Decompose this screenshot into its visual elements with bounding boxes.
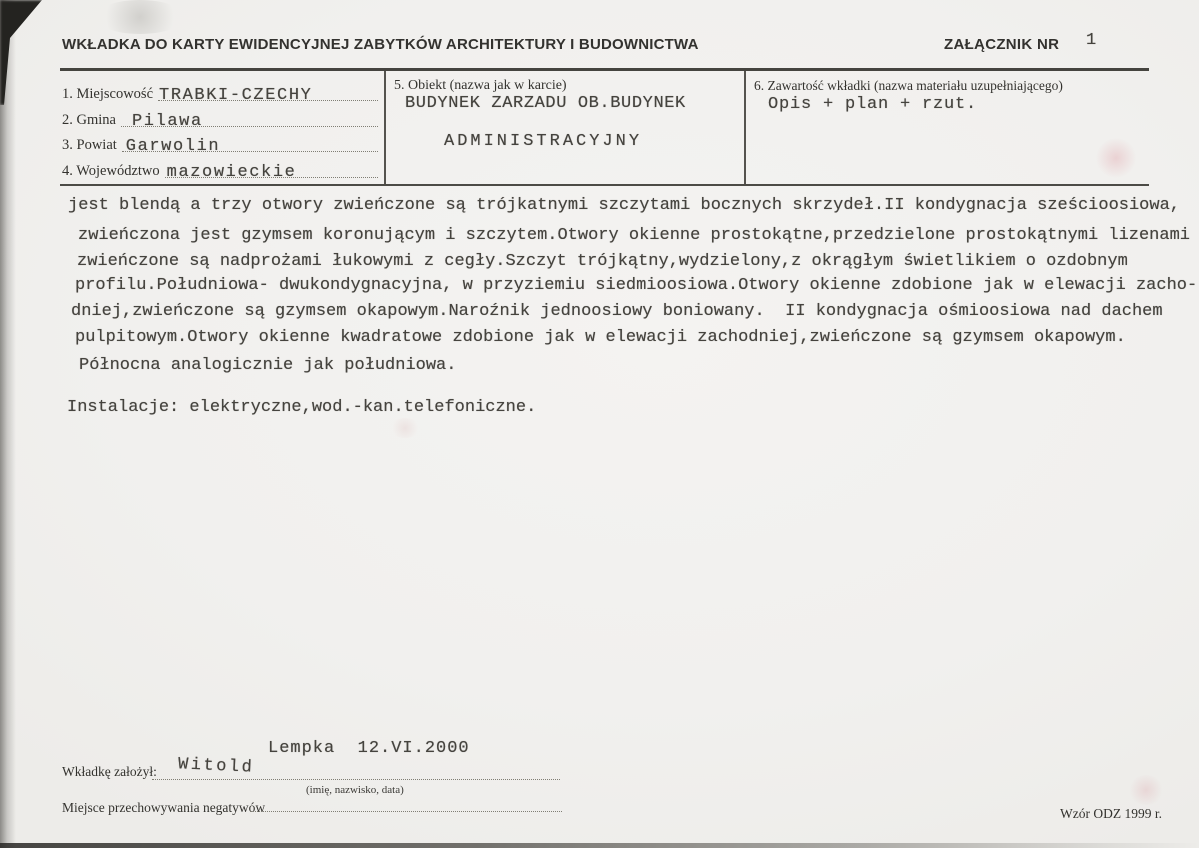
description-line: profilu.Południowa- dwukondygnacyjna, w … — [75, 276, 1197, 295]
founder-hint: (imię, nazwisko, data) — [306, 784, 404, 796]
field-label-wojewodztwo: 4. Województwo — [62, 163, 163, 180]
field-label-miejscowosc: 1. Miejscowość — [62, 86, 156, 103]
scan-edge-shadow-bottom — [0, 843, 1199, 848]
founder-label: Wkładkę założył: — [62, 764, 157, 780]
field-row-powiat: 3. Powiat Garwolin — [62, 131, 380, 154]
negatives-label: Miejsce przechowywania negatywów — [62, 800, 265, 816]
dotted-line: Pilawa — [119, 106, 380, 129]
attachment-label: ZAŁĄCZNIK NR — [944, 36, 1059, 53]
dotted-line: Garwolin — [120, 131, 380, 154]
founder-surname-date: Lempka 12.VI.2000 — [268, 739, 470, 758]
field-value-powiat: Garwolin — [126, 137, 220, 156]
table-bottom-rule — [60, 184, 1149, 186]
contents-value: Opis + plan + rzut. — [768, 95, 977, 114]
object-value-line1: BUDYNEK ZARZADU OB.BUDYNEK — [405, 94, 686, 113]
description-line: jest blendą a trzy otwory zwieńczone są … — [68, 196, 1180, 215]
field-label-gmina: 2. Gmina — [62, 112, 119, 129]
scan-smudge-faint-center — [390, 418, 420, 438]
attachment-number: 1 — [1086, 31, 1096, 50]
location-fields-cell: 1. Miejscowość TRABKI-CZECHY 2. Gmina Pi… — [62, 80, 380, 180]
scan-edge-shadow-left — [0, 0, 16, 848]
contents-cell: 6. Zawartość wkładki (nazwa materiału uz… — [746, 71, 1148, 184]
field-row-wojewodztwo: 4. Województwo mazowieckie — [62, 157, 380, 180]
description-line: Północna analogicznie jak południowa. — [79, 356, 456, 375]
object-label: 5. Obiekt (nazwa jak w karcie) — [394, 78, 567, 94]
field-value-wojewodztwo: mazowieckie — [167, 163, 297, 182]
object-value-line2: ADMINISTRACYJNY — [444, 132, 642, 151]
dotted-line: mazowieckie — [163, 157, 380, 180]
description-line: dniej,zwieńczone są gzymsem okapowym.Nar… — [71, 302, 1163, 321]
scan-smudge-gray-top — [95, 0, 185, 34]
field-value-gmina: Pilawa — [132, 112, 203, 131]
negatives-dotted-line — [250, 811, 562, 812]
contents-label: 6. Zawartość wkładki (nazwa materiału uz… — [754, 78, 1063, 94]
scan-smudge-pink-bottom-right — [1128, 775, 1164, 805]
scanned-document-page: WKŁADKA DO KARTY EWIDENCYJNEJ ZABYTKÓW A… — [0, 0, 1199, 848]
founder-name: Witold — [178, 755, 255, 777]
description-line: zwieńczona jest gzymsem koronującym i sz… — [78, 226, 1190, 245]
field-row-gmina: 2. Gmina Pilawa — [62, 106, 380, 129]
dotted-line: TRABKI-CZECHY — [156, 80, 380, 103]
description-line: pulpitowym.Otwory okienne kwadratowe zdo… — [75, 328, 1126, 347]
form-template-note: Wzór ODZ 1999 r. — [1060, 806, 1162, 822]
description-line: Instalacje: elektryczne,wod.-kan.telefon… — [67, 398, 536, 417]
description-line: zwieńczone są nadprożami łukowymi z cegł… — [77, 252, 1128, 271]
field-value-miejscowosc: TRABKI-CZECHY — [159, 86, 312, 105]
field-label-powiat: 3. Powiat — [62, 137, 120, 154]
founder-dotted-line — [152, 779, 560, 780]
field-row-miejscowosc: 1. Miejscowość TRABKI-CZECHY — [62, 80, 380, 103]
page-title: WKŁADKA DO KARTY EWIDENCYJNEJ ZABYTKÓW A… — [62, 36, 699, 53]
object-cell: 5. Obiekt (nazwa jak w karcie) BUDYNEK Z… — [386, 71, 742, 184]
